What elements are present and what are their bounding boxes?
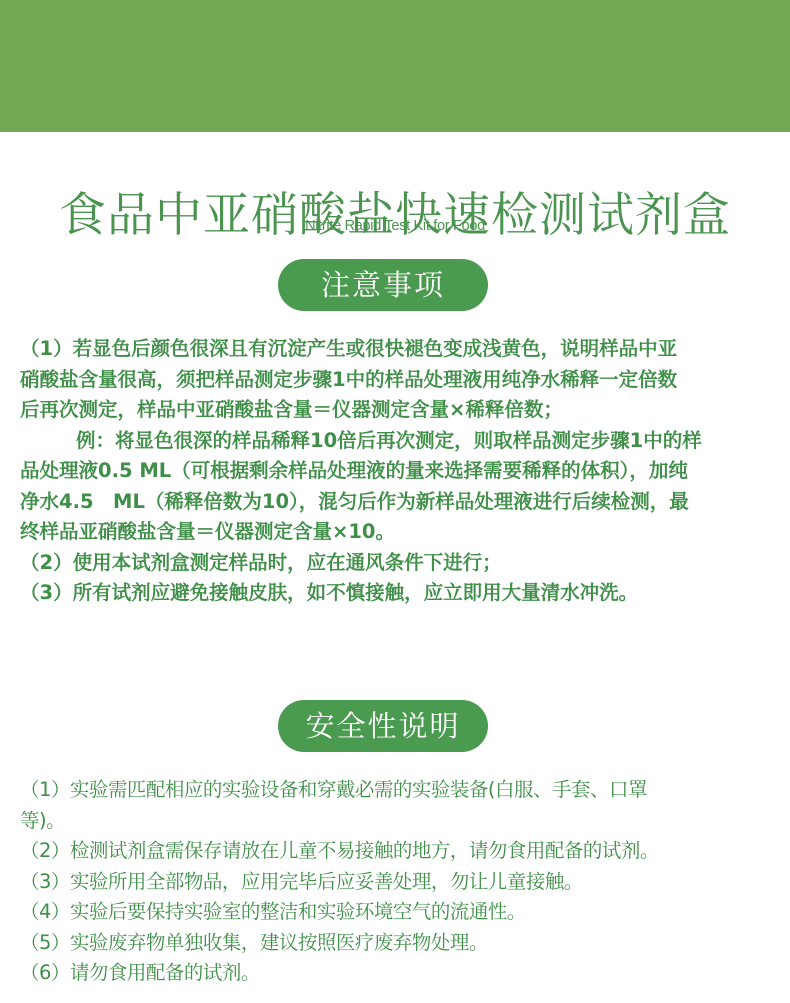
safety-line: （4）实验后要保持实验室的整洁和实验环境空气的流通性。: [20, 897, 780, 928]
notes-line: （2）使用本试剂盒测定样品时，应在通风条件下进行；: [20, 548, 780, 579]
safety-section-body: （1）实验需匹配相应的实验设备和穿戴必需的实验装备(白服、手套、口罩 等)。 （…: [20, 775, 780, 989]
notes-line: 后再次测定，样品中亚硝酸盐含量＝仪器测定含量×稀释倍数；: [20, 395, 780, 426]
page-subtitle: Nitrite Rapid Test Kit for Food: [0, 215, 790, 237]
notes-example-line: 例：将显色很深的样品稀释10倍后再次测定，则取样品测定步骤1中的样: [20, 426, 780, 457]
notes-line: 品处理液0.5 ML（可根据剩余样品处理液的量来选择需要稀释的体积），加纯: [20, 456, 780, 487]
safety-line: （5）实验废弃物单独收集，建议按照医疗废弃物处理。: [20, 928, 780, 959]
notes-line: （1）若显色后颜色很深且有沉淀产生或很快褪色变成浅黄色，说明样品中亚: [20, 334, 780, 365]
notes-line: 硝酸盐含量很高，须把样品测定步骤1中的样品处理液用纯净水稀释一定倍数: [20, 365, 780, 396]
safety-line: （1）实验需匹配相应的实验设备和穿戴必需的实验装备(白服、手套、口罩: [20, 775, 780, 806]
notes-section-body: （1）若显色后颜色很深且有沉淀产生或很快褪色变成浅黄色，说明样品中亚 硝酸盐含量…: [20, 334, 780, 609]
safety-line: 等)。: [20, 806, 780, 837]
notes-line: 净水4.5 ML（稀释倍数为10），混匀后作为新样品处理液进行后续检测，最: [20, 487, 780, 518]
safety-line: （6）请勿食用配备的试剂。: [20, 958, 780, 989]
notes-line: （3）所有试剂应避免接触皮肤，如不慎接触，应立即用大量清水冲洗。: [20, 578, 780, 609]
notes-line: 终样品亚硝酸盐含量＝仪器测定含量×10。: [20, 517, 780, 548]
safety-section-badge: 安全性说明: [278, 700, 488, 752]
notes-section-badge: 注意事项: [278, 259, 488, 311]
header-color-band: [0, 0, 790, 132]
safety-line: （3）实验所用全部物品，应用完毕后应妥善处理，勿让儿童接触。: [20, 867, 780, 898]
safety-line: （2）检测试剂盒需保存请放在儿童不易接触的地方，请勿食用配备的试剂。: [20, 836, 780, 867]
